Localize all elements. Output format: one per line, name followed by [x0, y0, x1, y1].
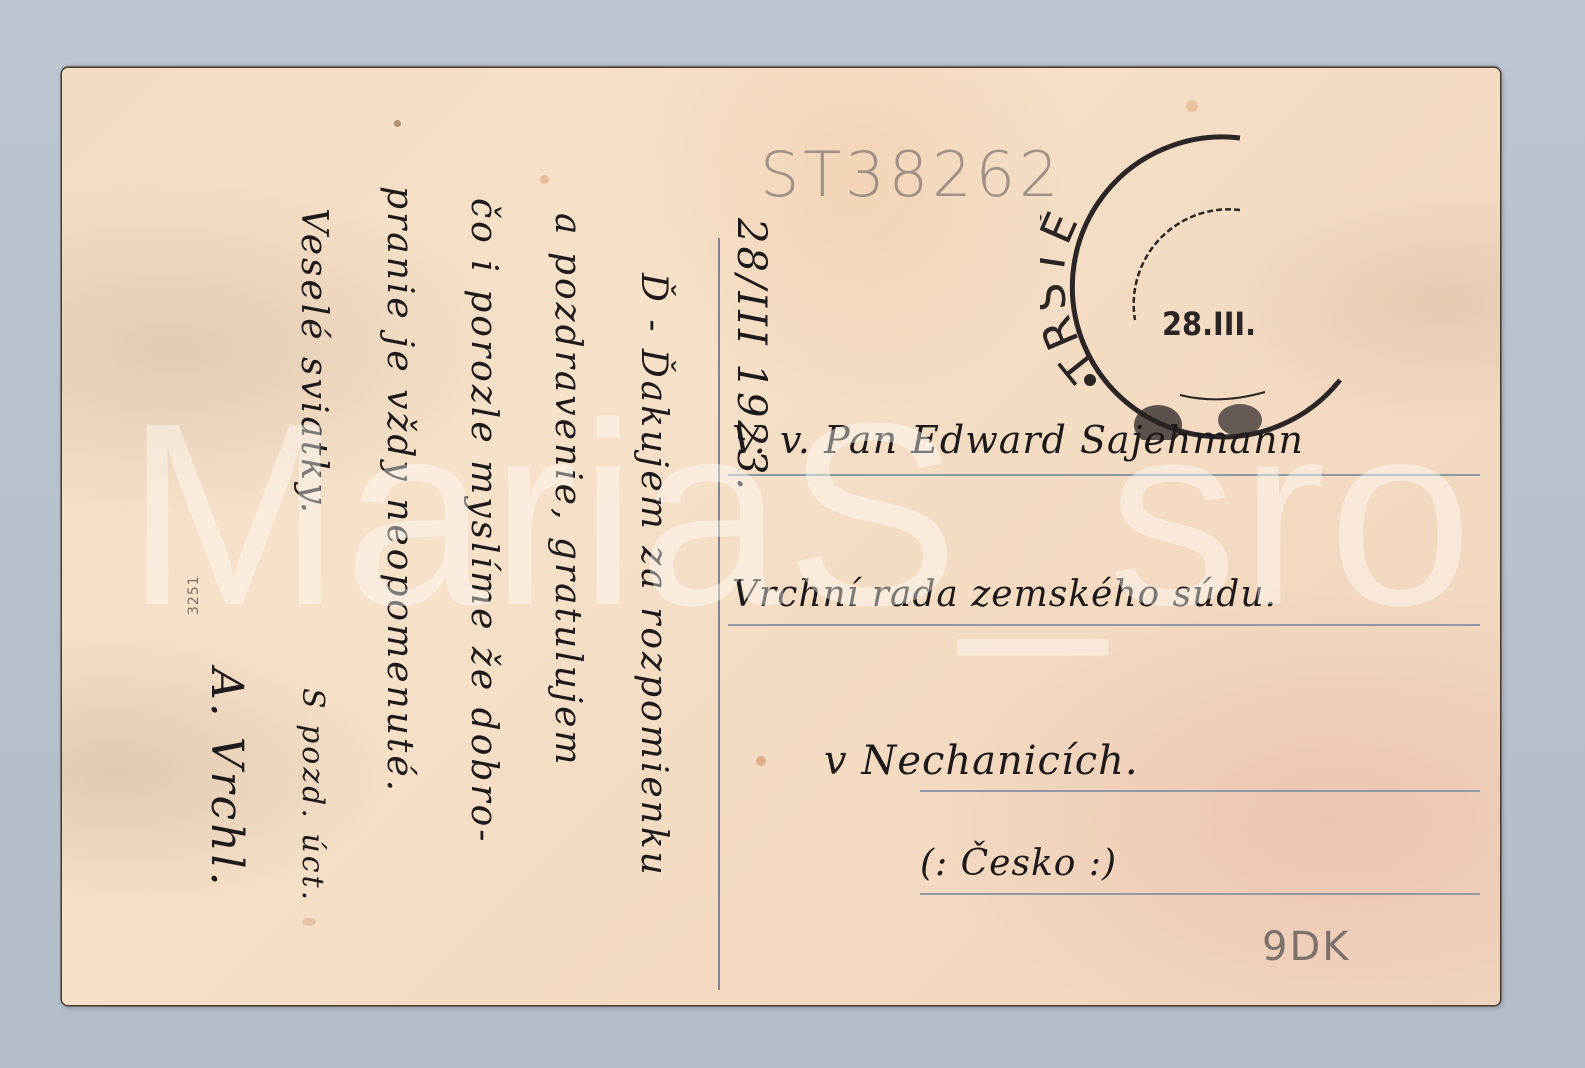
svg-text:TRSTĚ: TRSTĚ	[1040, 201, 1108, 392]
inventory-code: ST38262	[760, 138, 1062, 211]
message-line-3: čo i porozle myslíme že dobro-	[463, 198, 504, 844]
address-title: Vrchní rada zemského súdu.	[732, 574, 1277, 615]
corner-pencil-note: 9DK	[1262, 924, 1350, 970]
message-line-6: S pozd. úct.	[295, 688, 330, 903]
foxing-spot	[302, 918, 316, 926]
postcard: ST38262 9DK TRSTĚ 28.III. 3251 28/III 19…	[62, 68, 1500, 1005]
postmark-outer-ring	[1072, 137, 1340, 437]
address-rule-4	[920, 893, 1480, 895]
address-rule-1	[728, 474, 1480, 476]
address-town: v Nechanicích.	[824, 738, 1139, 784]
center-divider	[718, 238, 720, 990]
postmark-stamp: TRSTĚ 28.III.	[1040, 130, 1350, 440]
signature: A. Vrchl.	[201, 668, 252, 889]
address-rule-3	[920, 790, 1480, 792]
printed-card-number: 3251	[186, 575, 202, 615]
message-line-5: Veselé sviatky.	[293, 208, 334, 516]
address-recipient: V. v. Pan Edward Sajehmann	[732, 418, 1304, 462]
foxing-spot	[756, 756, 766, 766]
message-line-2: a pozdravenie, gratulujem	[547, 213, 588, 768]
postmark-town: TRSTĚ	[1040, 201, 1108, 392]
message-line-1: Ď - Ďakujem za rozpomienku	[633, 273, 674, 878]
foxing-spot	[540, 175, 549, 184]
foxing-spot	[1186, 100, 1198, 112]
foxing-spot	[394, 120, 401, 127]
address-country: (: Česko :)	[920, 843, 1117, 884]
address-rule-2	[728, 624, 1480, 626]
postmark-date: 28.III.	[1162, 305, 1256, 343]
message-line-4: pranie je vždy neopomenuté.	[379, 186, 420, 794]
